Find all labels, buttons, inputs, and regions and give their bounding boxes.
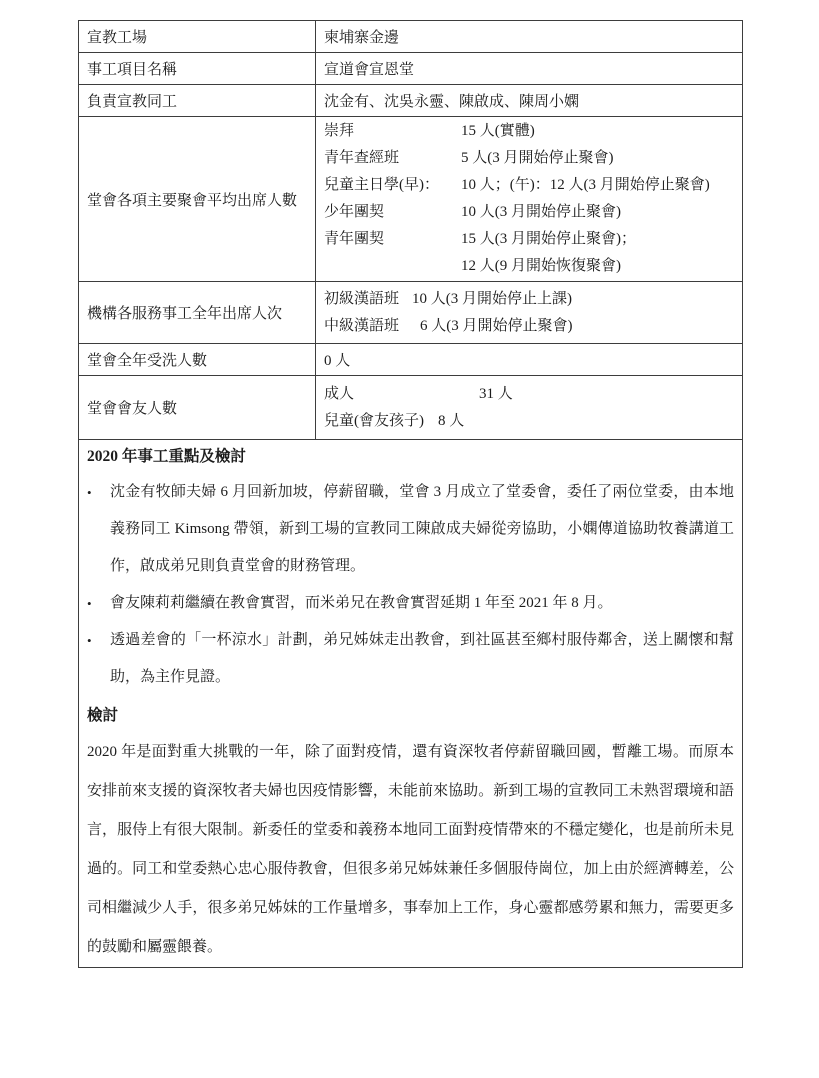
- bullet-item: • 透過差會的「一杯涼水」計劃，弟兄姊妹走出教會，到社區甚至鄉村服侍鄰舍，送上關…: [87, 622, 734, 696]
- field-label: 堂會各項主要聚會平均出席人數: [79, 117, 316, 282]
- field-value: 崇拜15 人(實體) 青年查經班5 人(3 月開始停止聚會) 兒童主日學(早)：…: [316, 117, 743, 282]
- table-row-agency-attendance: 機構各服務事工全年出席人次 初級漢語班10 人(3 月開始停止上課) 中級漢語班…: [79, 282, 743, 344]
- meeting-lines: 崇拜15 人(實體) 青年查經班5 人(3 月開始停止聚會) 兒童主日學(早)：…: [324, 117, 734, 281]
- field-label: 宣教工場: [79, 21, 316, 53]
- bullet-icon: •: [87, 585, 110, 622]
- document-page: 宣教工場 柬埔寨金邊 事工項目名稱 宣道會宣恩堂 負責宣教同工 沈金有、沈吳永靈…: [0, 0, 819, 1078]
- field-label: 機構各服務事工全年出席人次: [79, 282, 316, 344]
- table-row-baptisms: 堂會全年受洗人數 0 人: [79, 344, 743, 376]
- bullet-item: • 沈金有牧師夫婦 6 月回新加坡，停薪留職，堂會 3 月成立了堂委會，委任了兩…: [87, 474, 734, 585]
- agency-lines: 初級漢語班10 人(3 月開始停止上課) 中級漢語班6 人(3 月開始停止聚會): [324, 285, 734, 341]
- meeting-line: 崇拜15 人(實體): [324, 118, 734, 145]
- meeting-line: 兒童主日學(早)：10 人；(午)：12 人(3 月開始停止聚會): [324, 172, 734, 199]
- meeting-line: 少年團契10 人(3 月開始停止聚會): [324, 199, 734, 226]
- membership-lines: 成人31 人 兒童(會友孩子)8 人: [324, 380, 734, 436]
- field-label: 負責宣教同工: [79, 85, 316, 117]
- bullet-text: 透過差會的「一杯涼水」計劃，弟兄姊妹走出教會，到社區甚至鄉村服侍鄰舍，送上關懷和…: [110, 622, 734, 696]
- field-label: 事工項目名稱: [79, 53, 316, 85]
- meeting-line: 青年查經班5 人(3 月開始停止聚會): [324, 145, 734, 172]
- field-value: 宣道會宣恩堂: [316, 53, 743, 85]
- bullet-icon: •: [87, 474, 110, 585]
- field-value: 柬埔寨金邊: [316, 21, 743, 53]
- field-label: 堂會會友人數: [79, 376, 316, 440]
- report-section: 2020 年事工重點及檢討 • 沈金有牧師夫婦 6 月回新加坡，停薪留職，堂會 …: [79, 440, 743, 968]
- table-row-report-section: 2020 年事工重點及檢討 • 沈金有牧師夫婦 6 月回新加坡，停薪留職，堂會 …: [79, 440, 743, 968]
- agency-line: 中級漢語班6 人(3 月開始停止聚會): [324, 313, 734, 340]
- field-value: 成人31 人 兒童(會友孩子)8 人: [316, 376, 743, 440]
- field-value: 0 人: [316, 344, 743, 376]
- review-heading: 檢討: [87, 699, 734, 733]
- membership-line: 成人31 人: [324, 381, 734, 408]
- table-row-project-name: 事工項目名稱 宣道會宣恩堂: [79, 53, 743, 85]
- bullet-item: • 會友陳莉莉繼續在教會實習，而米弟兄在教會實習延期 1 年至 2021 年 8…: [87, 585, 734, 622]
- review-paragraph: 2020 年是面對重大挑戰的一年，除了面對疫情，還有資深牧者停薪留職回國，暫離工…: [87, 733, 734, 967]
- section-heading: 2020 年事工重點及檢討: [87, 440, 734, 474]
- meeting-line: 青年團契15 人(3 月開始停止聚會)；: [324, 226, 734, 253]
- field-label: 堂會全年受洗人數: [79, 344, 316, 376]
- report-table: 宣教工場 柬埔寨金邊 事工項目名稱 宣道會宣恩堂 負責宣教同工 沈金有、沈吳永靈…: [78, 20, 743, 968]
- meeting-line: 12 人(9 月開始恢復聚會): [324, 253, 734, 280]
- membership-line: 兒童(會友孩子)8 人: [324, 408, 734, 435]
- mission-report: 宣教工場 柬埔寨金邊 事工項目名稱 宣道會宣恩堂 負責宣教同工 沈金有、沈吳永靈…: [78, 20, 743, 968]
- bullet-text: 沈金有牧師夫婦 6 月回新加坡，停薪留職，堂會 3 月成立了堂委會，委任了兩位堂…: [110, 474, 734, 585]
- field-value: 沈金有、沈吳永靈、陳啟成、陳周小嫻: [316, 85, 743, 117]
- bullet-icon: •: [87, 622, 110, 696]
- field-value: 初級漢語班10 人(3 月開始停止上課) 中級漢語班6 人(3 月開始停止聚會): [316, 282, 743, 344]
- bullet-text: 會友陳莉莉繼續在教會實習，而米弟兄在教會實習延期 1 年至 2021 年 8 月…: [110, 585, 734, 622]
- table-row-meeting-attendance: 堂會各項主要聚會平均出席人數 崇拜15 人(實體) 青年查經班5 人(3 月開始…: [79, 117, 743, 282]
- table-row-missionaries: 負責宣教同工 沈金有、沈吳永靈、陳啟成、陳周小嫻: [79, 85, 743, 117]
- table-row-membership: 堂會會友人數 成人31 人 兒童(會友孩子)8 人: [79, 376, 743, 440]
- agency-line: 初級漢語班10 人(3 月開始停止上課): [324, 286, 734, 313]
- table-row-mission-field: 宣教工場 柬埔寨金邊: [79, 21, 743, 53]
